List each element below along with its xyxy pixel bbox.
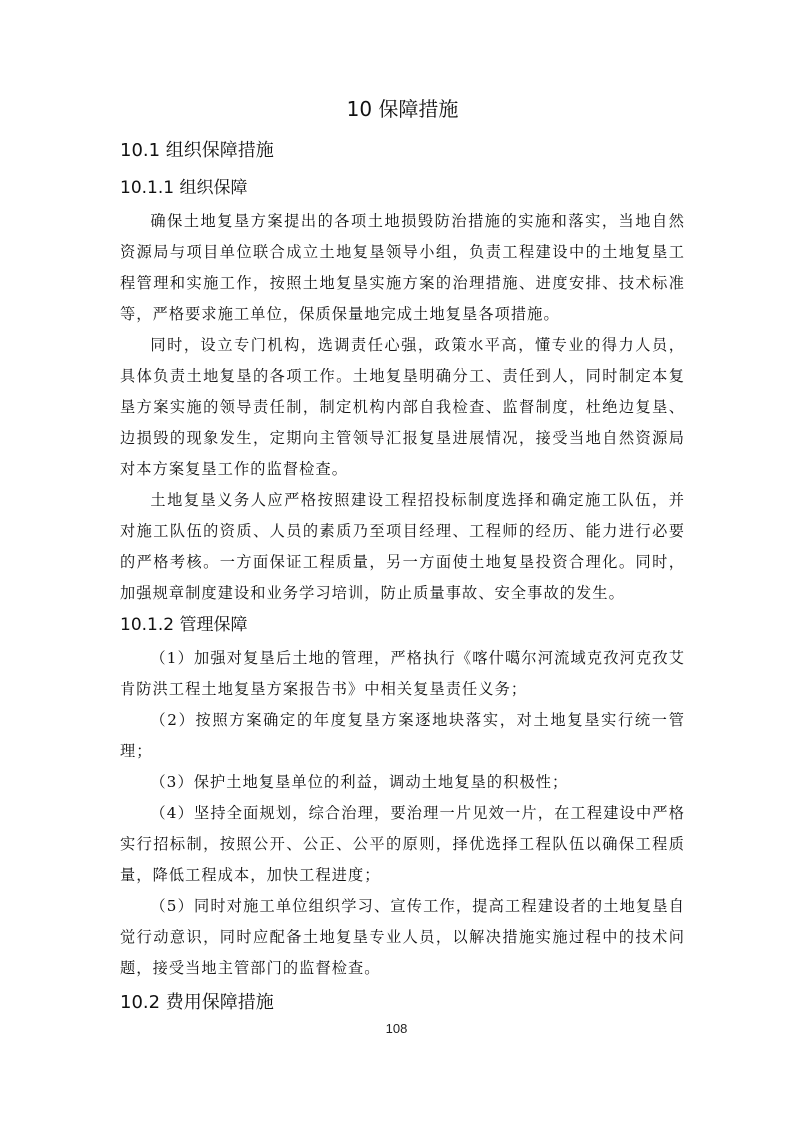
section-heading-10-2: 10.2 费用保障措施 (120, 988, 685, 1018)
paragraph: 土地复垦义务人应严格按照建设工程招投标制度选择和确定施工队伍，并对施工队伍的资质… (120, 485, 685, 609)
document-page: 10 保障措施 10.1 组织保障措施 10.1.1 组织保障 确保土地复垦方案… (0, 0, 793, 1122)
list-item-paragraph: （4）坚持全面规划，综合治理，要治理一片见效一片，在工程建设中严格实行招标制，按… (120, 798, 685, 891)
list-item-paragraph: （3）保护土地复垦单位的利益，调动土地复垦的积极性； (120, 767, 685, 798)
list-item-paragraph: （1）加强对复垦后土地的管理，严格执行《喀什噶尔河流域克孜河克孜艾肯防洪工程土地… (120, 643, 685, 705)
page-number: 108 (0, 1021, 793, 1036)
chapter-title: 10 保障措施 (120, 92, 685, 126)
list-item-paragraph: （2）按照方案确定的年度复垦方案逐地块落实，对土地复垦实行统一管理； (120, 705, 685, 767)
page-content: 10 保障措施 10.1 组织保障措施 10.1.1 组织保障 确保土地复垦方案… (120, 92, 685, 1026)
subsection-heading-10-1-2: 10.1.2 管理保障 (120, 611, 685, 639)
subsection-heading-10-1-1: 10.1.1 组织保障 (120, 174, 685, 202)
paragraph: 确保土地复垦方案提出的各项土地损毁防治措施的实施和落实，当地自然资源局与项目单位… (120, 206, 685, 330)
section-heading-10-1: 10.1 组织保障措施 (120, 136, 685, 166)
list-item-paragraph: （5）同时对施工单位组织学习、宣传工作，提高工程建设者的土地复垦自觉行动意识，同… (120, 891, 685, 984)
paragraph: 同时，设立专门机构，选调责任心强，政策水平高，懂专业的得力人员，具体负责土地复垦… (120, 330, 685, 485)
